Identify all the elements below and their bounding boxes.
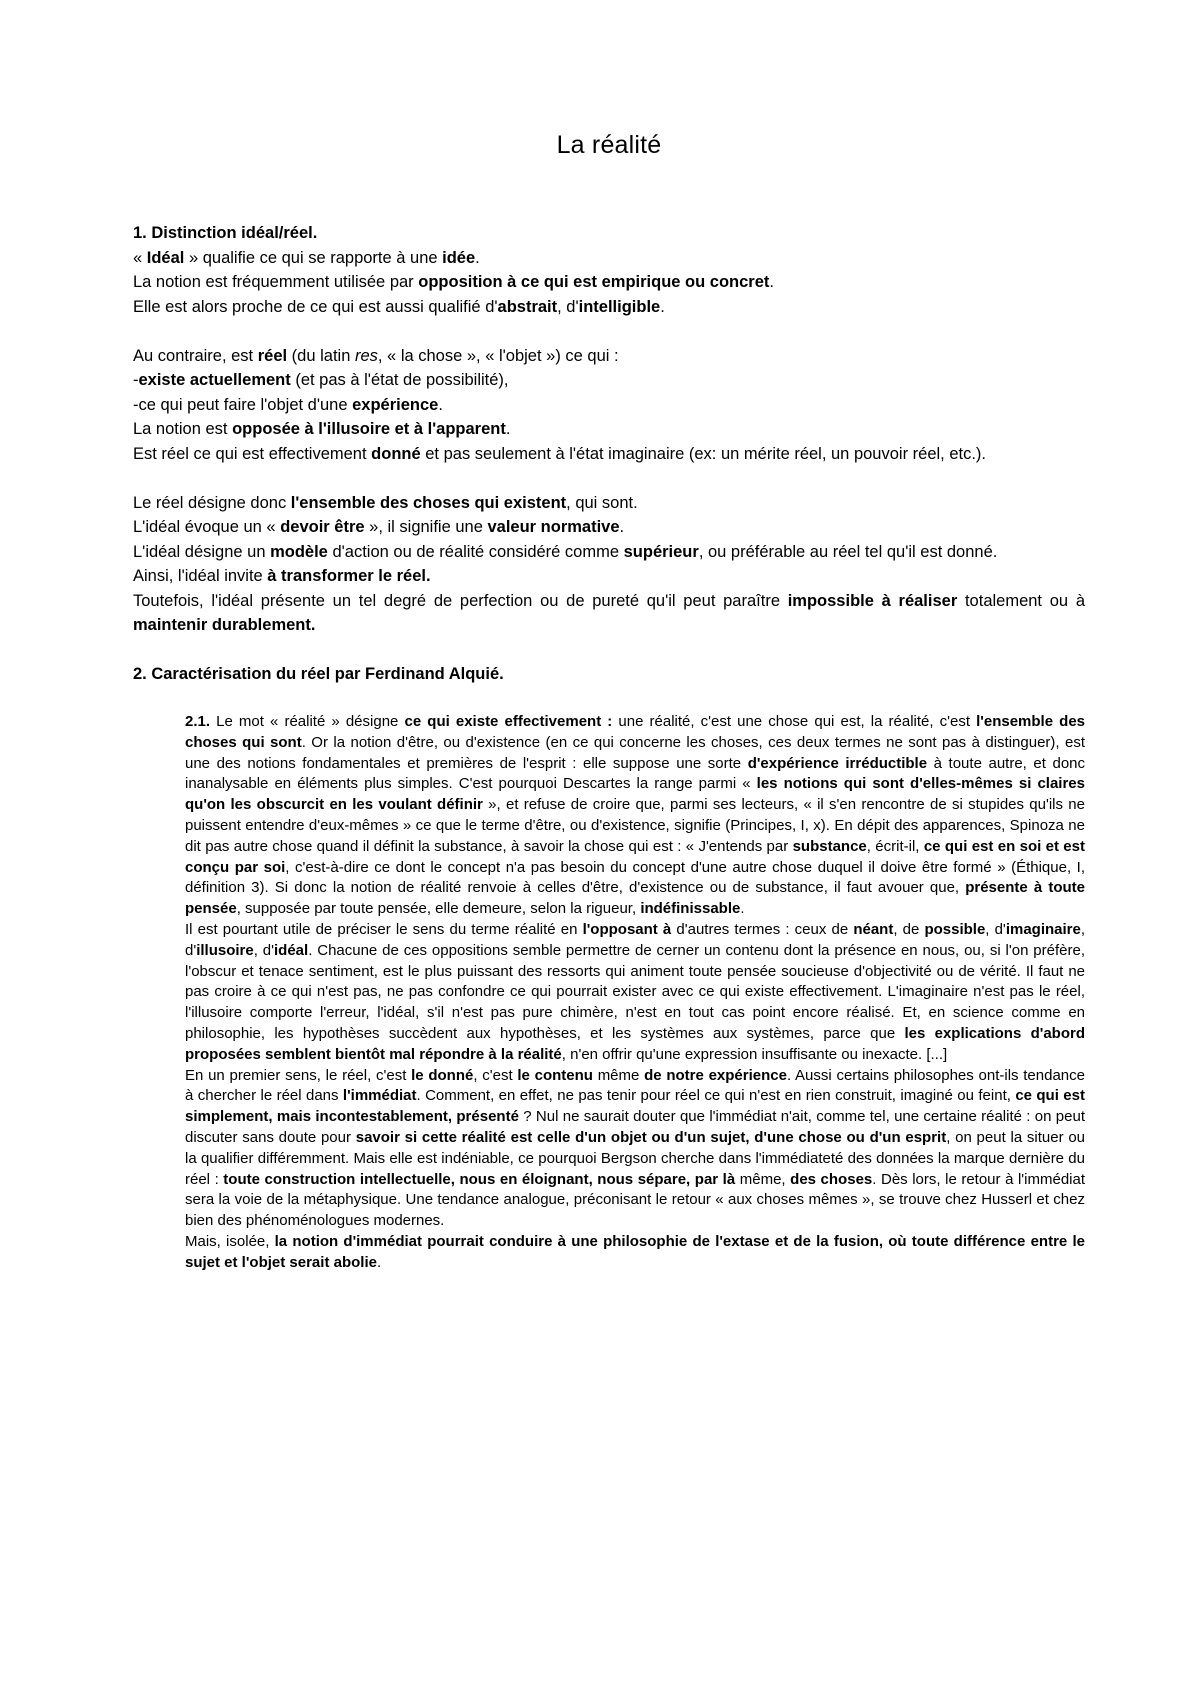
paragraph: En un premier sens, le réel, c'est le do… [185,1066,1085,1232]
text-line: La notion est opposée à l'illusoire et à… [133,417,1085,442]
indented-block-2-1: 2.1. Le mot « réalité » désigne ce qui e… [185,712,1085,1274]
text-line: -existe actuellement (et pas à l'état de… [133,368,1085,393]
text-line: Toutefois, l'idéal présente un tel degré… [133,589,1085,638]
text-line: Au contraire, est réel (du latin res, « … [133,344,1085,369]
page-content: La réalité 1. Distinction idéal/réel. « … [133,0,1085,1274]
paragraph: Au contraire, est réel (du latin res, « … [133,344,1085,467]
text-line: Elle est alors proche de ce qui est auss… [133,295,1085,320]
paragraph: Mais, isolée, la notion d'immédiat pourr… [185,1232,1085,1274]
section-1: 1. Distinction idéal/réel. « Idéal » qua… [133,221,1085,638]
paragraph: 2.1. Le mot « réalité » désigne ce qui e… [185,712,1085,920]
section-2: 2. Caractérisation du réel par Ferdinand… [133,662,1085,1274]
section-2-heading: 2. Caractérisation du réel par Ferdinand… [133,662,1085,687]
text-line: -ce qui peut faire l'objet d'une expérie… [133,393,1085,418]
text-line: Ainsi, l'idéal invite à transformer le r… [133,564,1085,589]
text-line: « Idéal » qualifie ce qui se rapporte à … [133,246,1085,271]
paragraph: Le réel désigne donc l'ensemble des chos… [133,491,1085,638]
text-line: L'idéal désigne un modèle d'action ou de… [133,540,1085,565]
text-line: Le réel désigne donc l'ensemble des chos… [133,491,1085,516]
document-title: La réalité [133,0,1085,160]
document-page: La réalité 1. Distinction idéal/réel. « … [0,0,1200,1698]
paragraph: « Idéal » qualifie ce qui se rapporte à … [133,246,1085,320]
text-line: La notion est fréquemment utilisée par o… [133,270,1085,295]
text-line: L'idéal évoque un « devoir être », il si… [133,515,1085,540]
text-line: Est réel ce qui est effectivement donné … [133,442,1085,467]
paragraph: Il est pourtant utile de préciser le sen… [185,920,1085,1066]
section-1-heading: 1. Distinction idéal/réel. [133,221,1085,246]
